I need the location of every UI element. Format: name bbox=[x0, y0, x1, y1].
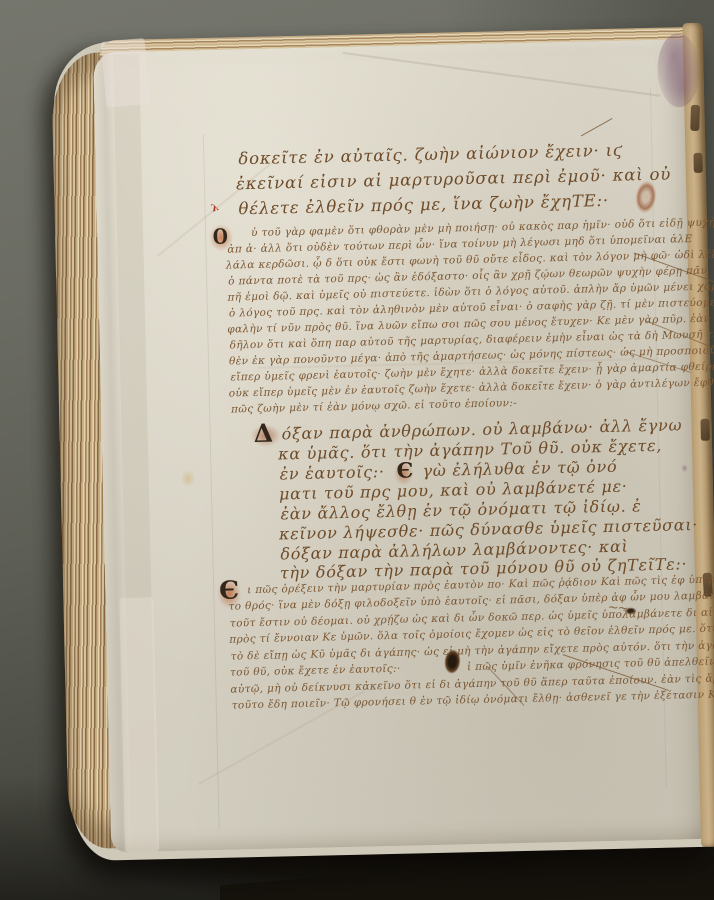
tape-strip-bottom bbox=[119, 597, 159, 852]
initial-delta: Δ bbox=[253, 419, 273, 448]
gospel-text-line: ἐν ἑαυτοῖς:· bbox=[279, 462, 385, 483]
manuscript-photo: δοκεῖτε ἐν αὐταῖς. ζωὴν αἰώνιον ἔχειν· ι… bbox=[0, 0, 714, 900]
tape-strip-top bbox=[100, 38, 150, 108]
stain-purple-dot bbox=[680, 463, 688, 473]
flourish-wave: ∼∼ bbox=[607, 600, 628, 617]
sewing-slot bbox=[700, 419, 709, 441]
initial-omicron: Ο bbox=[213, 224, 229, 249]
open-book: δοκεῖτε ἐν αὐταῖς. ζωὴν αἰώνιον ἔχειν· ι… bbox=[51, 27, 714, 868]
initial-epsilon-mid: Є bbox=[396, 457, 413, 482]
sewing-slot bbox=[693, 153, 702, 173]
sewing-slot bbox=[690, 105, 700, 131]
